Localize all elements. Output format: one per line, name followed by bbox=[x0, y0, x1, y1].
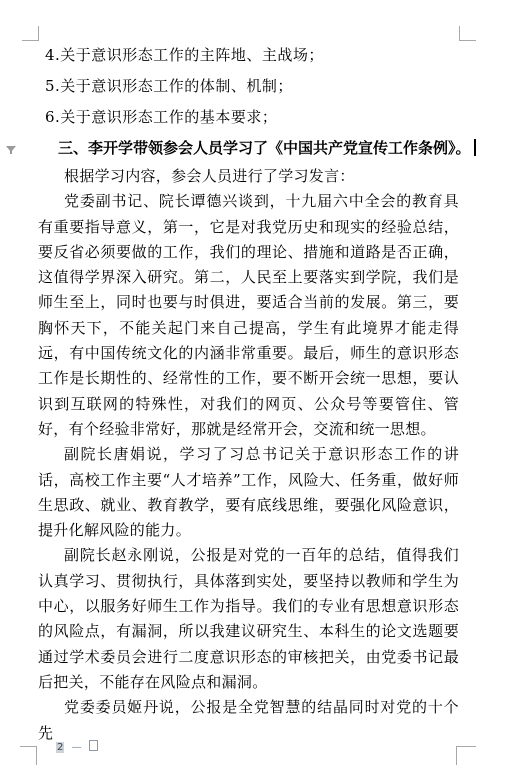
footer-end-box-icon bbox=[89, 740, 98, 751]
intro-paragraph[interactable]: 根据学习内容，参会人员进行了学习发言： bbox=[38, 164, 459, 189]
text-boundary-mark-top-right bbox=[459, 26, 476, 41]
document-page[interactable]: 4.关于意识形态工作的主阵地、主战场； 5.关于意识形态工作的体制、机制； 6.… bbox=[0, 0, 505, 780]
text-boundary-mark-bottom-left bbox=[20, 746, 37, 765]
text-boundary-mark-top-left bbox=[22, 26, 39, 41]
numbered-item[interactable]: 6.关于意识形态工作的基本要求； bbox=[38, 102, 459, 133]
body-paragraph[interactable]: 党委委员姬丹说，公报是全党智慧的结晶同时对党的十个先 bbox=[38, 695, 459, 746]
footer-dash: — bbox=[72, 742, 82, 753]
body-paragraph[interactable]: 副院长唐娟说，学习了习总书记关于意识形态工作的讲话，高校工作主要“人才培养”工作… bbox=[38, 442, 459, 543]
section-heading-text[interactable]: 三、李开学带领参会人员学习了《中国共产党宣传工作条例》。 bbox=[58, 139, 471, 157]
text-boundary-mark-bottom-right bbox=[456, 746, 476, 765]
document-text-area[interactable]: 4.关于意识形态工作的主阵地、主战场； 5.关于意识形态工作的体制、机制； 6.… bbox=[38, 40, 459, 746]
body-paragraph[interactable]: 副院长赵永刚说，公报是对党的一百年的总结，值得我们认真学习、贯彻执行，具体落到实… bbox=[38, 543, 459, 695]
section-heading[interactable]: 三、李开学带领参会人员学习了《中国共产党宣传工作条例》。 bbox=[38, 133, 459, 164]
body-paragraph[interactable]: 党委副书记、院长谭德兴谈到，十九届六中全会的教育具有重要指导意义，第一，它是对我… bbox=[38, 189, 459, 442]
page-footer: 2 — bbox=[56, 740, 98, 755]
numbered-item[interactable]: 5.关于意识形态工作的体制、机制； bbox=[38, 71, 459, 102]
numbered-item[interactable]: 4.关于意识形态工作的主阵地、主战场； bbox=[38, 40, 459, 71]
page-number: 2 bbox=[56, 742, 64, 753]
text-caret bbox=[474, 139, 476, 156]
margin-arrow-icon bbox=[6, 146, 16, 152]
